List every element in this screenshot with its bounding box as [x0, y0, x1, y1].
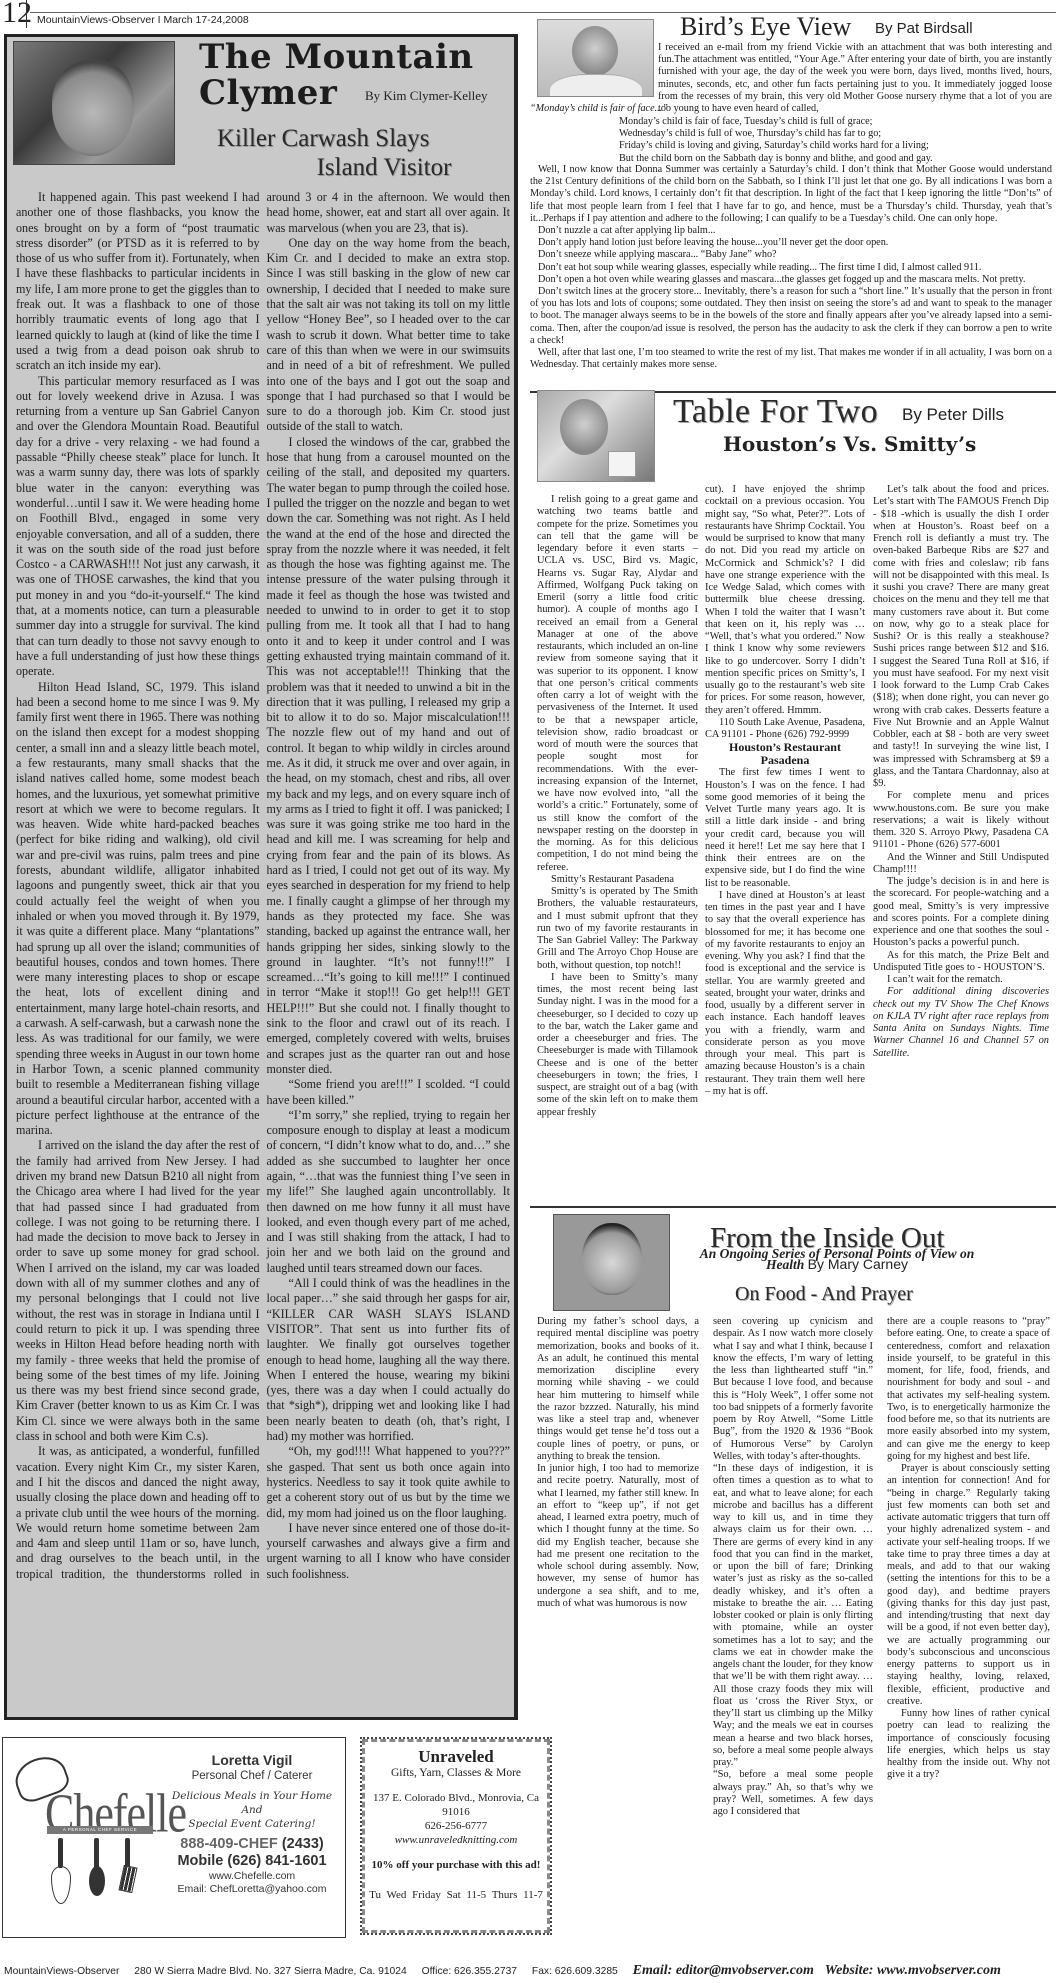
- slotted-spoon-icon: [89, 1866, 105, 1896]
- paragraph: Prayer is about consciously setting an i…: [887, 1463, 1050, 1708]
- paragraph: As for this match, the Prize Belt and Un…: [873, 950, 1049, 975]
- paragraph: Don’t eat hot soup while wearing glasses…: [530, 262, 1052, 274]
- paragraph: It happened again. This past weekend I h…: [16, 190, 260, 374]
- ad-slogan-line: Delicious Meals in Your Home: [163, 1789, 341, 1803]
- footer-email: Email: editor@mvobserver.com: [633, 1963, 814, 1978]
- headline: Houston’s Vs. Smitty’s: [723, 432, 976, 456]
- section-subhead-smittys: Smitty’s Restaurant Pasadena: [537, 874, 698, 886]
- footer-address: 280 W Sierra Madre Blvd. No. 327 Sierra …: [134, 1966, 406, 1977]
- phone-digits: (2433): [282, 1836, 324, 1852]
- series-tagline: An Ongoing Series of Personal Points of …: [687, 1248, 987, 1270]
- paragraph: The first few times I went to Houston’s …: [705, 767, 865, 890]
- rhyme-line: Friday’s child is loving and giving, Sat…: [619, 140, 933, 152]
- chef-mobile: Mobile (626) 841-1601: [163, 1853, 341, 1870]
- chefelle-advertisement: Chefelle A PERSONAL CHEF SERVICE Loretta…: [2, 1737, 346, 1938]
- paragraph: For complete menu and prices www.houston…: [873, 790, 1049, 851]
- footer-office-phone: Office: 626.355.2737: [422, 1966, 517, 1977]
- author-photo-pat-birdsall: [537, 19, 654, 97]
- store-address: 137 E. Colorado Blvd., Monrovia, Ca 9101…: [362, 1791, 550, 1819]
- ad-slogan-line: Special Event Catering!: [163, 1817, 341, 1831]
- article-column-2: seen covering up cynicism and despair. A…: [713, 1316, 873, 1818]
- footer-website: Website: www.mvobserver.com: [825, 1963, 1001, 1978]
- footer-publication: MountainViews-Observer: [4, 1966, 119, 1977]
- utensil-handle: [125, 1838, 130, 1868]
- coupon-offer: 10% off your purchase with this ad!: [362, 1859, 550, 1871]
- chef-role: Personal Chef / Caterer: [163, 1769, 341, 1783]
- phone-letters: 888-409-CHEF: [180, 1836, 278, 1852]
- utensil-handle: [94, 1838, 99, 1868]
- whisk-icon: [51, 1866, 71, 1904]
- poem-excerpt: “In these days of indigestion, it is oft…: [713, 1463, 873, 1769]
- masthead-publication-line: MountainViews-Observer I March 17-24,200…: [37, 14, 249, 26]
- paragraph: Don’t apply hand lotion just before leav…: [530, 237, 1052, 249]
- rhyme-line: But the child born on the Sabbath day is…: [619, 153, 933, 165]
- headline-line1: Killer Carwash Slays: [217, 125, 429, 153]
- page-number-divider: [26, 0, 27, 28]
- article-column-2: cut). I have enjoyed the shrimp cocktail…: [705, 484, 865, 1098]
- paragraph: Well, after that last one, I’m too steam…: [530, 347, 1052, 371]
- footer-fax: Fax: 626.609.3285: [532, 1966, 618, 1977]
- chef-name: Loretta Vigil: [163, 1752, 341, 1769]
- chefelle-contact: Loretta Vigil Personal Chef / Caterer De…: [163, 1752, 341, 1896]
- column-title: Table For Two: [673, 393, 878, 431]
- intro-quote-text: “Monday’s child is fair of face...”: [530, 103, 668, 114]
- page-number: 12: [2, 0, 32, 30]
- paragraph: Hilton Head Island, SC, 1979. This islan…: [16, 680, 260, 1139]
- birds-eye-view-article: Bird’s Eye View By Pat Birdsall I receiv…: [530, 12, 1056, 200]
- paragraph: I have been to Smitty’s many times, the …: [537, 972, 698, 1119]
- store-phone: 626-256-6777: [362, 1819, 550, 1833]
- paragraph: I arrived on the island the day after th…: [16, 1138, 260, 1444]
- paragraph: Don’t nuzzle a cat after applying lip ba…: [530, 225, 1052, 237]
- paragraph: Funny how lines of rather cynical poetry…: [887, 1708, 1050, 1782]
- paragraph: Well, I now know that Donna Summer was c…: [530, 164, 1052, 225]
- article-column-3: Let’s talk about the food and prices. Le…: [873, 484, 1049, 1060]
- store-name: Unraveled: [362, 1747, 550, 1767]
- nursery-rhyme: Monday’s child is fair of face, Tuesday’…: [619, 116, 933, 165]
- paragraph: One day on the way home from the beach, …: [267, 236, 511, 435]
- paragraph: “So, before a meal some people always pr…: [713, 1769, 873, 1818]
- column-title-line1: The Mountain: [199, 39, 474, 75]
- utensil-handle: [58, 1838, 63, 1868]
- paragraph: The judge’s decision is in and here is t…: [873, 876, 1049, 950]
- rhyme-line: Monday’s child is fair of face, Tuesday’…: [619, 116, 933, 128]
- store-tagline: Gifts, Yarn, Classes & More: [362, 1767, 550, 1779]
- paragraph: This particular memory resurfaced as I w…: [16, 374, 260, 680]
- rhyme-line: Wednesday’s child is full of woe, Thursd…: [619, 128, 933, 140]
- paragraph: “I’m sorry,” she replied, trying to rega…: [267, 1108, 511, 1276]
- ad-slogan-line: And: [163, 1803, 341, 1817]
- paragraph: seen covering up cynicism and despair. A…: [713, 1316, 873, 1463]
- paragraph: During my father’s school days, a requir…: [537, 1316, 699, 1463]
- article-body: Well, I now know that Donna Summer was c…: [530, 164, 1052, 371]
- article-column-1: During my father’s school days, a requir…: [537, 1316, 699, 1610]
- byline: By Kim Clymer-Kelley: [365, 88, 488, 104]
- store-website: www.unraveledknitting.com: [362, 1833, 550, 1847]
- spatula-icon: [118, 1865, 137, 1893]
- headline-line2: Island Visitor: [7, 154, 521, 182]
- paragraph: I can’t wait for the rematch.: [873, 974, 1049, 986]
- paragraph: And the Winner and Still Undisputed Cham…: [873, 852, 1049, 877]
- headline: On Food - And Prayer: [735, 1283, 913, 1306]
- byline: By Pat Birdsall: [875, 20, 973, 37]
- chefelle-tagline: A PERSONAL CHEF SERVICE: [47, 1826, 153, 1834]
- author-photo-kim-clymer-kelley: [13, 41, 175, 165]
- column-title: Bird’s Eye View: [680, 12, 851, 42]
- paragraph: Don’t open a hot oven while wearing glas…: [530, 274, 1052, 286]
- paragraph: Smitty’s is operated by The Smith Brothe…: [537, 886, 698, 972]
- section-divider: [530, 1206, 1056, 1208]
- article-body: It happened again. This past weekend I h…: [16, 190, 510, 1715]
- paragraph: cut). I have enjoyed the shrimp cocktail…: [705, 484, 865, 717]
- article-column-3: there are a couple reasons to “pray” bef…: [887, 1316, 1050, 1782]
- author-photo-peter-dills: [537, 390, 655, 482]
- paragraph: Don’t switch lines at the grocery store.…: [530, 286, 1052, 347]
- paragraph: there are a couple reasons to “pray” bef…: [887, 1316, 1050, 1463]
- paragraph: “Oh, my god!!!! What happened to you???”…: [267, 1444, 511, 1520]
- section-subhead-houstons: Houston’s Restaurant Pasadena: [705, 741, 865, 767]
- page-footer: MountainViews-Observer 280 W Sierra Madr…: [4, 1963, 1056, 1979]
- byline: By Mary Carney: [808, 1256, 908, 1272]
- mountain-clymer-article: The Mountain Clymer By Kim Clymer-Kelley…: [4, 34, 518, 1720]
- chef-website: www.Chefelle.com: [163, 1870, 341, 1883]
- restaurant-address: 110 South Lake Avenue, Pasadena, CA 9110…: [705, 717, 865, 742]
- paragraph: I have never since entered one of those …: [267, 1521, 511, 1582]
- paragraph: Don’t sneeze while applying mascara... “…: [530, 249, 1052, 261]
- paragraph: “Some friend you are!!!” I scolded. “I c…: [267, 1077, 511, 1108]
- paragraph: Let’s talk about the food and prices. Le…: [873, 484, 1049, 790]
- chef-phone: 888-409-CHEF (2433): [163, 1836, 341, 1853]
- intro-quote: “Monday’s child is fair of face...”: [530, 103, 1052, 115]
- author-photo-mary-carney: [553, 1214, 670, 1311]
- tv-show-note: For additional dining discoveries check …: [873, 986, 1049, 1060]
- paragraph: In junior high, I too had to memorize an…: [537, 1463, 699, 1610]
- store-hours: Tu Wed Friday Sat 11-5 Thurs 11-7: [362, 1889, 550, 1901]
- chef-email: Email: ChefLoretta@yahoo.com: [163, 1883, 341, 1896]
- unraveled-advertisement: Unraveled Gifts, Yarn, Classes & More 13…: [360, 1737, 552, 1935]
- paragraph: I relish going to a great game and watch…: [537, 494, 698, 874]
- paragraph: I have dined at Houston’s at least ten t…: [705, 890, 865, 1098]
- paragraph: I closed the windows of the car, grabbed…: [267, 435, 511, 1077]
- paragraph: “All I could think of was the headlines …: [267, 1276, 511, 1444]
- byline: By Peter Dills: [902, 405, 1004, 425]
- article-column-1: I relish going to a great game and watch…: [537, 494, 698, 1119]
